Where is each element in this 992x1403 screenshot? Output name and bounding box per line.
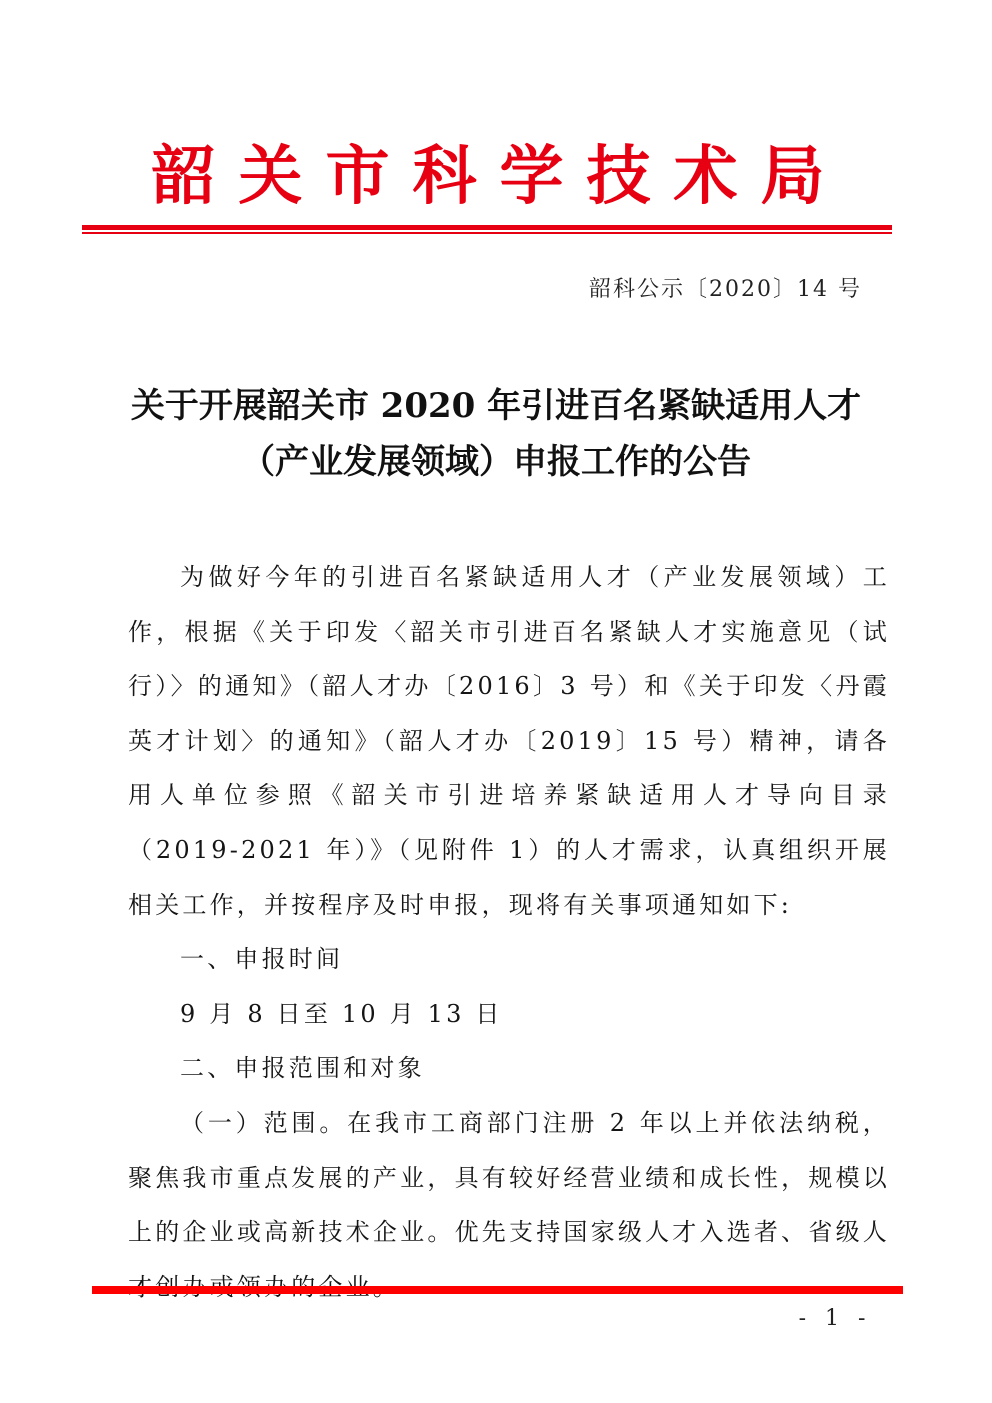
section-heading-time: 一、申报时间 [128,932,890,987]
masthead-char: 局 [761,138,823,216]
masthead-char: 学 [500,138,562,216]
section-heading-scope: 二、申报范围和对象 [128,1041,890,1096]
document-title-line: （产业发展领域）申报工作的公告 [100,434,892,490]
document-body: 为做好今年的引进百名紧缺适用人才（产业发展领域）工作，根据《关于印发〈韶关市引进… [128,550,890,1314]
document-title-line: 关于开展韶关市 2020 年引进百名紧缺适用人才 [100,378,892,434]
masthead-char: 关 [239,138,301,216]
document-title: 关于开展韶关市 2020 年引进百名紧缺适用人才 （产业发展领域）申报工作的公告 [100,378,892,490]
masthead-char: 韶 [152,138,214,216]
masthead-char: 市 [326,138,388,216]
masthead-divider-thick [82,225,892,230]
footer-divider [92,1286,903,1294]
masthead-char: 术 [674,138,736,216]
masthead-divider-thin [82,232,892,235]
page-number: - 1 - [790,1304,880,1334]
masthead-char: 科 [413,138,475,216]
document-number: 韶科公示〔2020〕14 号 [560,272,862,308]
section-content-scope: （一）范围。在我市工商部门注册 2 年以上并依法纳税，聚焦我市重点发展的产业，具… [128,1096,890,1314]
section-content-time: 9 月 8 日至 10 月 13 日 [128,987,890,1042]
masthead-char: 技 [587,138,649,216]
intro-paragraph: 为做好今年的引进百名紧缺适用人才（产业发展领域）工作，根据《关于印发〈韶关市引进… [128,550,890,932]
masthead-divider [82,225,892,235]
masthead-organization-name: 韶 关 市 科 学 技 术 局 [82,138,892,216]
